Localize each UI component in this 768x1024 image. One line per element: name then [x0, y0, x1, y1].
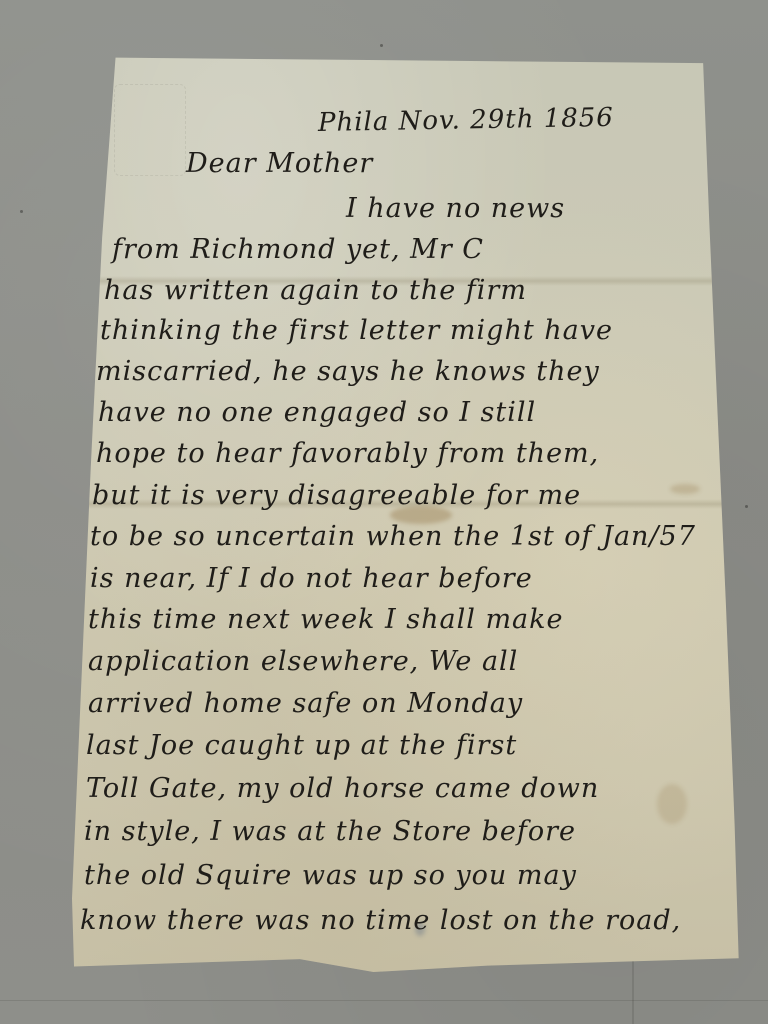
letter-line: thinking the first letter might have	[100, 315, 613, 346]
letter-line: have no one engaged so I still	[98, 397, 536, 428]
letter-line: this time next week I shall make	[88, 604, 563, 635]
letter-line: Toll Gate, my old horse came down	[86, 773, 599, 804]
letter-text: Phila Nov. 29th 1856 Dear Mother I have …	[0, 0, 768, 1024]
letter-line: is near, If I do not hear before	[90, 563, 533, 594]
letter-line: know there was no time lost on the road,	[80, 905, 681, 936]
letter-line: to be so uncertain when the 1st of Jan/5…	[90, 521, 696, 552]
letter-line: I have no news	[346, 193, 565, 224]
letter-line: miscarried, he says he knows they	[96, 356, 600, 387]
letter-line: application elsewhere, We all	[88, 646, 518, 677]
letter-line: but it is very disagreeable for me	[92, 480, 581, 511]
letter-line: in style, I was at the Store before	[84, 816, 576, 847]
letter-line: the old Squire was up so you may	[84, 860, 577, 891]
letter-line: arrived home safe on Monday	[88, 688, 523, 719]
letter-line: hope to hear favorably from them,	[96, 438, 599, 469]
letter-line: last Joe caught up at the first	[86, 730, 517, 761]
letter-dateline: Phila Nov. 29th 1856	[318, 103, 614, 138]
letter-line: from Richmond yet, Mr C	[112, 234, 484, 265]
letter-salutation: Dear Mother	[186, 148, 373, 179]
letter-line: has written again to the firm	[104, 275, 527, 306]
